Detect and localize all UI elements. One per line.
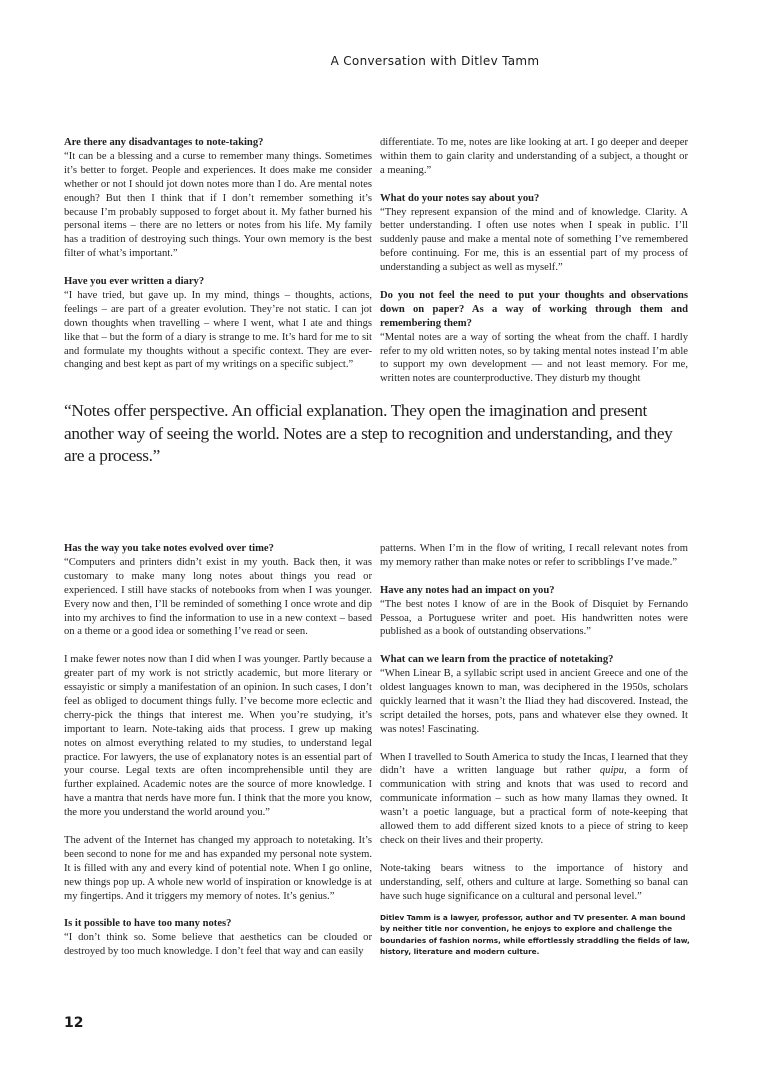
qa-block: Have you ever written a diary? “I have t… xyxy=(64,275,372,372)
answer: “The best notes I know of are in the Boo… xyxy=(380,599,688,638)
qa-block: What can we learn from the practice of n… xyxy=(380,653,688,736)
qa-block: What do your notes say about you? “They … xyxy=(380,192,688,275)
answer: “When Linear B, a syllabic script used i… xyxy=(380,668,688,735)
question: Are there any disadvantages to note-taki… xyxy=(64,136,372,150)
question: Have you ever written a diary? xyxy=(64,275,372,289)
pull-quote: “Notes offer perspective. An official ex… xyxy=(64,400,684,468)
question: What do your notes say about you? xyxy=(380,192,688,206)
answer-continuation: patterns. When I’m in the flow of writin… xyxy=(380,542,688,570)
question: Has the way you take notes evolved over … xyxy=(64,542,372,556)
page-number: 12 xyxy=(64,1015,83,1031)
question: What can we learn from the practice of n… xyxy=(380,653,688,667)
author-bio: Ditlev Tamm is a lawyer, professor, auth… xyxy=(380,912,690,958)
answer: “It can be a blessing and a curse to rem… xyxy=(64,151,372,259)
running-title: A Conversation with Ditlev Tamm xyxy=(0,54,775,68)
column-top-left: Are there any disadvantages to note-taki… xyxy=(64,136,372,386)
answer-continuation: differentiate. To me, notes are like loo… xyxy=(380,136,688,178)
answer: “Computers and printers didn’t exist in … xyxy=(64,557,372,638)
answer: “I don’t think so. Some believe that aes… xyxy=(64,932,372,957)
paragraph: I make fewer notes now than I did when I… xyxy=(64,653,372,820)
text: , a form of communication with string an… xyxy=(380,765,688,846)
question: Do you not feel the need to put your tho… xyxy=(380,289,688,331)
answer: “Mental notes are a way of sorting the w… xyxy=(380,332,688,385)
qa-block: Are there any disadvantages to note-taki… xyxy=(64,136,372,261)
paragraph: The advent of the Internet has changed m… xyxy=(64,834,372,904)
qa-block: Have any notes had an impact on you? “Th… xyxy=(380,584,688,640)
paragraph: Note-taking bears witness to the importa… xyxy=(380,862,688,904)
question: Is it possible to have too many notes? xyxy=(64,917,372,931)
italic-term: quipu xyxy=(600,765,624,776)
qa-block: Has the way you take notes evolved over … xyxy=(64,542,372,639)
column-bottom-left: Has the way you take notes evolved over … xyxy=(64,542,372,973)
question: Have any notes had an impact on you? xyxy=(380,584,688,598)
qa-block: Do you not feel the need to put your tho… xyxy=(380,289,688,386)
qa-block: Is it possible to have too many notes? “… xyxy=(64,917,372,959)
answer: “They represent expansion of the mind an… xyxy=(380,207,688,274)
column-top-right: differentiate. To me, notes are like loo… xyxy=(380,136,688,400)
paragraph: When I travelled to South America to stu… xyxy=(380,751,688,848)
answer: “I have tried, but gave up. In my mind, … xyxy=(64,290,372,371)
column-bottom-right: patterns. When I’m in the flow of writin… xyxy=(380,542,688,917)
